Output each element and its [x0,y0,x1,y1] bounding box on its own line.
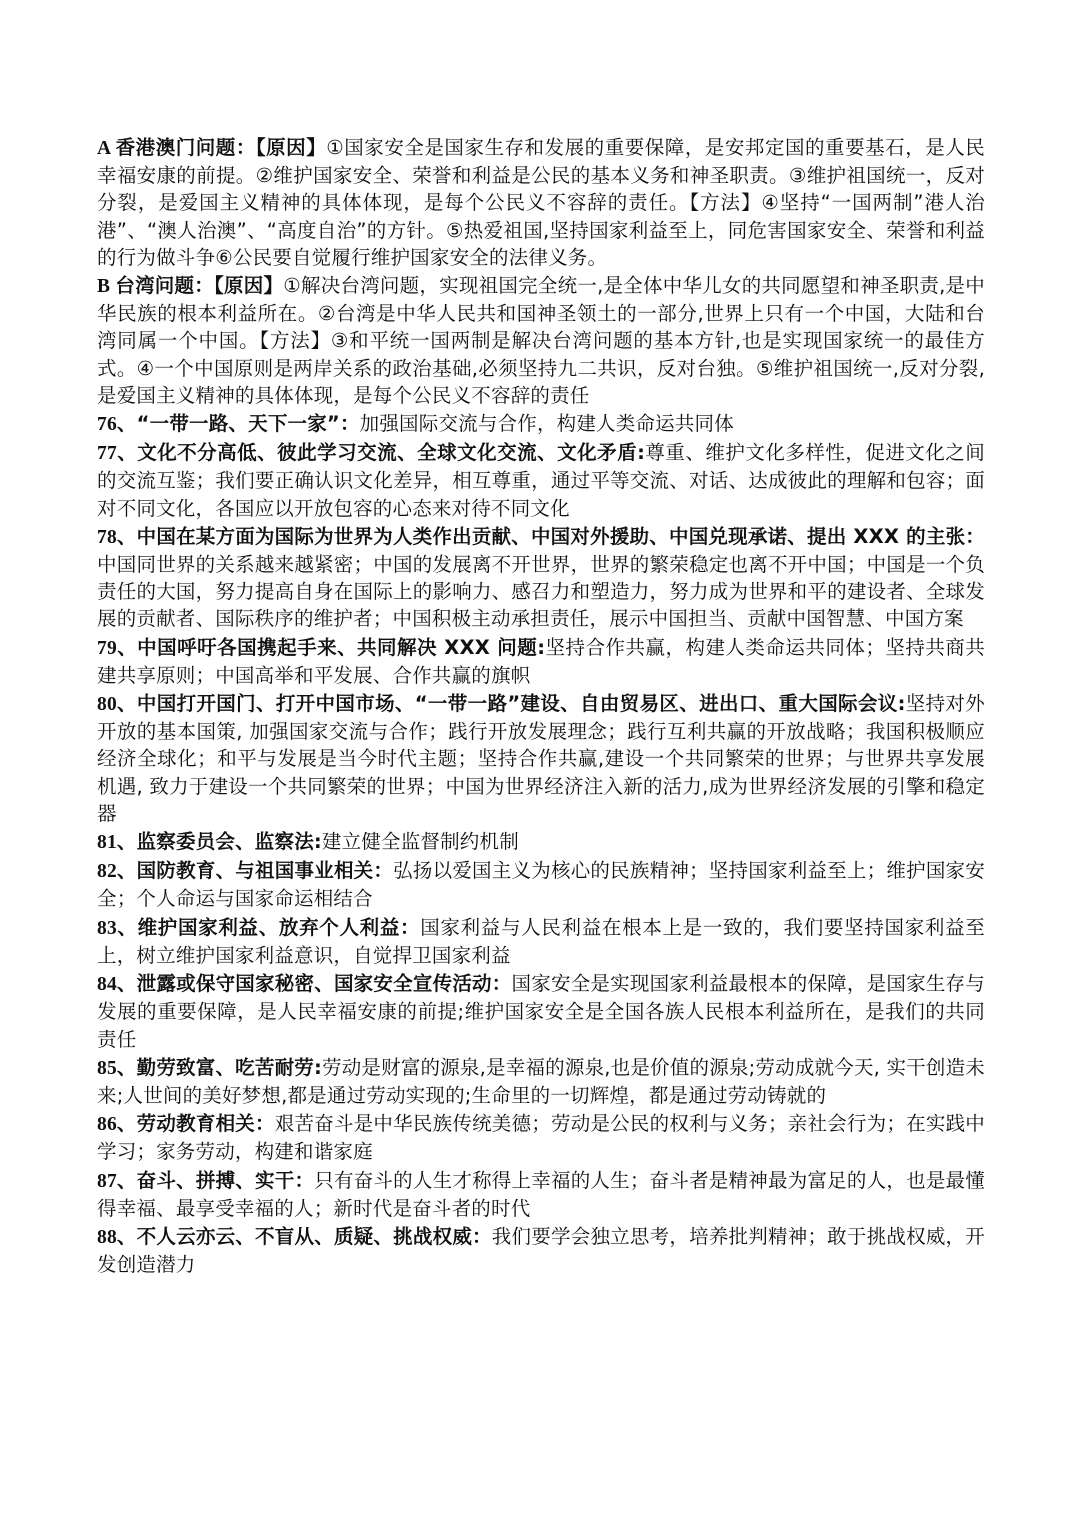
section-84: 84、泄露或保守国家秘密、国家安全宣传活动：国家安全是实现国家利益最根本的保障，… [97,970,985,1053]
section-heading: 、不人云亦云、不盲从、质疑、挑战权威： [117,1225,492,1248]
section-81: 81、监察委员会、监察法:建立健全监督制约机制 [97,828,985,856]
section-body: 中国同世界的关系越来越紧密；中国的发展离不开世界，世界的繁荣稳定也离不开中国；中… [97,553,985,630]
section-87: 87、奋斗、拼搏、实干：只有奋斗的人生才称得上幸福的人生；奋斗者是精神最为富足的… [97,1167,985,1222]
section-number: 81 [97,832,117,853]
section-heading: 台湾问题：【原因】 [115,274,283,297]
section-77: 77、文化不分高低、彼此学习交流、全球文化交流、文化矛盾:尊重、维护文化多样性，… [97,439,985,522]
section-heading: 、劳动教育相关： [117,1112,275,1135]
section-number: 78 [97,527,117,548]
section-number: 76 [97,414,117,435]
section-heading: 、监察委员会、监察法: [117,830,322,853]
section-heading: 、维护国家利益、放弃个人利益： [117,916,420,939]
section-number: 86 [97,1114,117,1135]
section-heading: 、中国呼吁各国携起手来、共同解决 XXX 问题: [117,636,545,659]
section-body: 建立健全监督制约机制 [322,830,519,853]
section-78: 78、中国在某方面为国际为世界为人类作出贡献、中国对外援助、中国兑现承诺、提出 … [97,523,985,633]
section-number: 85 [97,1058,117,1079]
section-heading: 香港澳门问题：【原因】 [116,136,327,159]
section-82: 82、国防教育、与祖国事业相关：弘扬以爱国主义为核心的民族精神；坚持国家利益至上… [97,857,985,912]
section-79: 79、中国呼吁各国携起手来、共同解决 XXX 问题:坚持合作共赢，构建人类命运共… [97,634,985,689]
section-number: 84 [97,974,117,995]
document-page: A 香港澳门问题：【原因】①国家安全是国家生存和发展的重要保障，是安邦定国的重要… [97,134,985,1279]
section-b-taiwan: B 台湾问题：【原因】①解决台湾问题，实现祖国完全统一,是全体中华儿女的共同愿望… [97,272,985,409]
section-a-hongkong-macau: A 香港澳门问题：【原因】①国家安全是国家生存和发展的重要保障，是安邦定国的重要… [97,134,985,271]
section-body: 加强国际交流与合作，构建人类命运共同体 [360,412,734,435]
section-heading: 、泄露或保守国家秘密、国家安全宣传活动： [117,972,512,995]
section-number: 80 [97,694,117,715]
section-number: 83 [97,918,117,939]
section-number: 79 [97,638,117,659]
section-88: 88、不人云亦云、不盲从、质疑、挑战权威：我们要学会独立思考，培养批判精神；敢于… [97,1223,985,1278]
section-number: 88 [97,1227,117,1248]
section-heading: 、中国打开国门、打开中国市场、“一带一路”建设、自由贸易区、进出口、重大国际会议… [117,692,906,715]
section-heading: 、文化不分高低、彼此学习交流、全球文化交流、文化矛盾: [117,441,645,464]
section-heading: 、奋斗、拼搏、实干： [117,1169,314,1192]
section-number: A [97,138,116,159]
section-80: 80、中国打开国门、打开中国市场、“一带一路”建设、自由贸易区、进出口、重大国际… [97,690,985,827]
section-heading: 、勤劳致富、吃苦耐劳: [117,1056,322,1079]
section-number: B [97,276,115,297]
section-heading: 、国防教育、与祖国事业相关： [117,859,393,882]
section-heading: 、“一带一路、天下一家”： [117,412,360,435]
section-number: 82 [97,861,117,882]
section-heading: 、中国在某方面为国际为世界为人类作出贡献、中国对外援助、中国兑现承诺、提出 XX… [117,525,985,548]
section-86: 86、劳动教育相关：艰苦奋斗是中华民族传统美德；劳动是公民的权利与义务；亲社会行… [97,1110,985,1165]
section-85: 85、勤劳致富、吃苦耐劳:劳动是财富的源泉,是幸福的源泉,也是价值的源泉;劳动成… [97,1054,985,1109]
section-number: 77 [97,443,117,464]
section-83: 83、维护国家利益、放弃个人利益：国家利益与人民利益在根本上是一致的，我们要坚持… [97,914,985,969]
section-76: 76、“一带一路、天下一家”：加强国际交流与合作，构建人类命运共同体 [97,410,985,438]
section-number: 87 [97,1171,117,1192]
